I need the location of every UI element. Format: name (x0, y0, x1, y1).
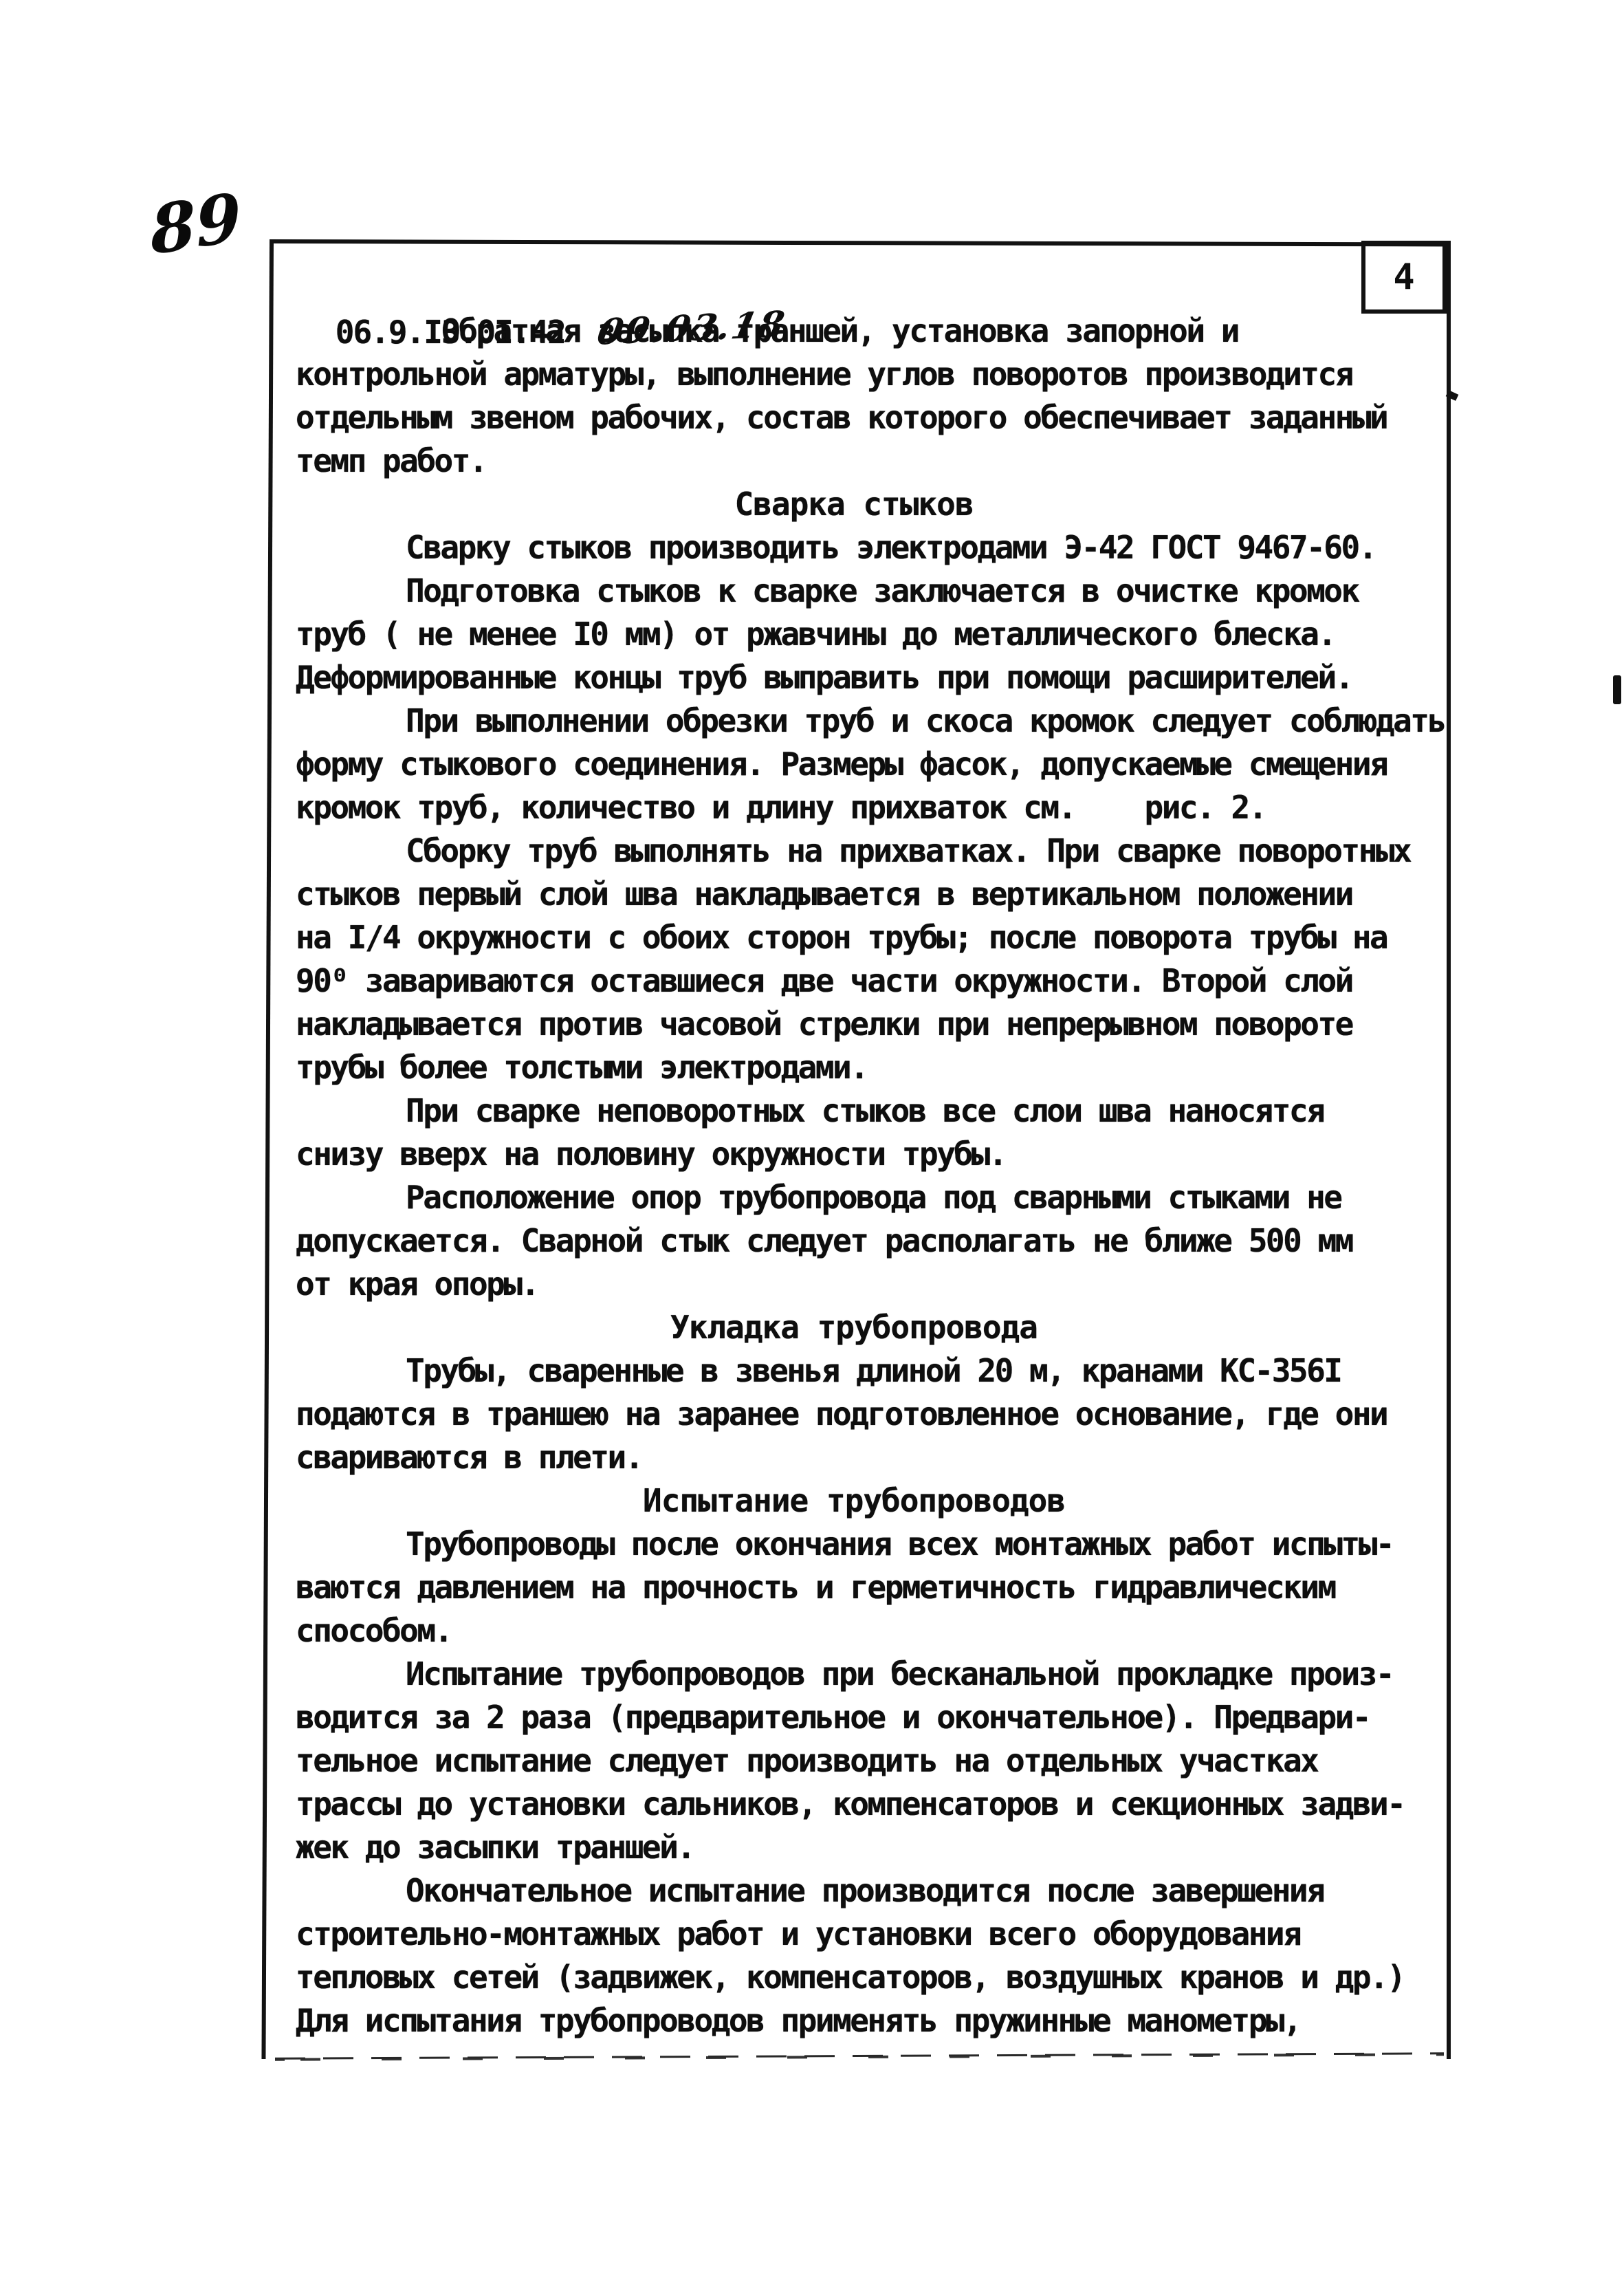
text-line: труб ( не менее I0 мм) от ржавчины до ме… (296, 613, 1412, 656)
frame-bottom-dashed-border (275, 2052, 1444, 2060)
text-line: Подготовка стыков к сварке заключается в… (296, 569, 1412, 613)
document-content: 06.9.I3.0I.4209.03.18 Обратная засыпка т… (296, 265, 1412, 2043)
text-line: Испытание трубопроводов (296, 1479, 1412, 1523)
text-line: При выполнении обрезки труб и скоса кром… (296, 699, 1412, 743)
text-line: жек до засыпки траншей. (296, 1826, 1412, 1869)
text-line: контрольной арматуры, выполнение углов п… (296, 353, 1412, 396)
text-line: допускается. Сварной стык следует распол… (296, 1219, 1412, 1263)
document-header: 06.9.I3.0I.4209.03.18 (296, 265, 1412, 309)
text-line: Сварка стыков (296, 483, 1412, 526)
text-line: стыков первый слой шва накладывается в в… (296, 873, 1412, 916)
text-line: Сварку стыков производить электродами Э-… (296, 526, 1412, 569)
text-line: кромок труб, количество и длину прихвато… (296, 786, 1412, 829)
text-line: строительно-монтажных работ и установки … (296, 1913, 1412, 1956)
text-line: форму стыкового соединения. Размеры фасо… (296, 743, 1412, 786)
text-line: от края опоры. (296, 1263, 1412, 1306)
text-line: Трубы, сваренные в звенья длиной 20 м, к… (296, 1349, 1412, 1393)
text-line: При сварке неповоротных стыков все слои … (296, 1089, 1412, 1133)
text-line: водится за 2 раза (предварительное и око… (296, 1696, 1412, 1739)
text-line: Испытание трубопроводов при бесканальной… (296, 1653, 1412, 1696)
text-line: Окончательное испытание производится пос… (296, 1869, 1412, 1913)
text-line: темп работ. (296, 439, 1412, 483)
text-line: накладывается против часовой стрелки при… (296, 1003, 1412, 1046)
scanned-document-page: 89 4 06.9.I3.0I.4209.03.18 Обратная засы… (0, 0, 1624, 2275)
text-line: на I/4 окружности с обоих сторон трубы; … (296, 916, 1412, 959)
text-line: ваются давлением на прочность и герметич… (296, 1566, 1412, 1609)
typewritten-text: Обратная засыпка траншей, установка запо… (296, 309, 1412, 2043)
text-line: Для испытания трубопроводов применять пр… (296, 1999, 1412, 2043)
handwritten-date: 09.03.18 (593, 303, 789, 355)
text-line: Трубопроводы после окончания всех монтаж… (296, 1523, 1412, 1566)
scan-artifact (1613, 675, 1621, 704)
text-line: 90⁰ завариваются оставшиеся две части ок… (296, 959, 1412, 1003)
text-line: Сборку труб выполнять на прихватках. При… (296, 829, 1412, 873)
text-line: отдельным звеном рабочих, состав которог… (296, 396, 1412, 439)
text-line: снизу вверх на половину окружности трубы… (296, 1133, 1412, 1176)
text-line: трубы более толстыми электродами. (296, 1046, 1412, 1089)
frame-top-border (270, 239, 1451, 246)
text-line: подаются в траншею на заранее подготовле… (296, 1393, 1412, 1436)
text-line: Укладка трубопровода (296, 1306, 1412, 1349)
text-line: Деформированные концы труб выправить при… (296, 656, 1412, 699)
text-line: Обратная засыпка траншей, установка запо… (296, 309, 1412, 353)
handwritten-page-number: 89 (149, 184, 243, 264)
text-line: способом. (296, 1609, 1412, 1653)
text-line: тельное испытание следует производить на… (296, 1739, 1412, 1783)
frame-left-border (261, 239, 274, 2059)
frame-right-border (1447, 241, 1451, 2059)
text-line: свариваются в плети. (296, 1436, 1412, 1479)
text-line: Расположение опор трубопровода под сварн… (296, 1176, 1412, 1219)
text-line: трассы до установки сальников, компенсат… (296, 1783, 1412, 1826)
text-line: тепловых сетей (задвижек, компенсаторов,… (296, 1956, 1412, 1999)
